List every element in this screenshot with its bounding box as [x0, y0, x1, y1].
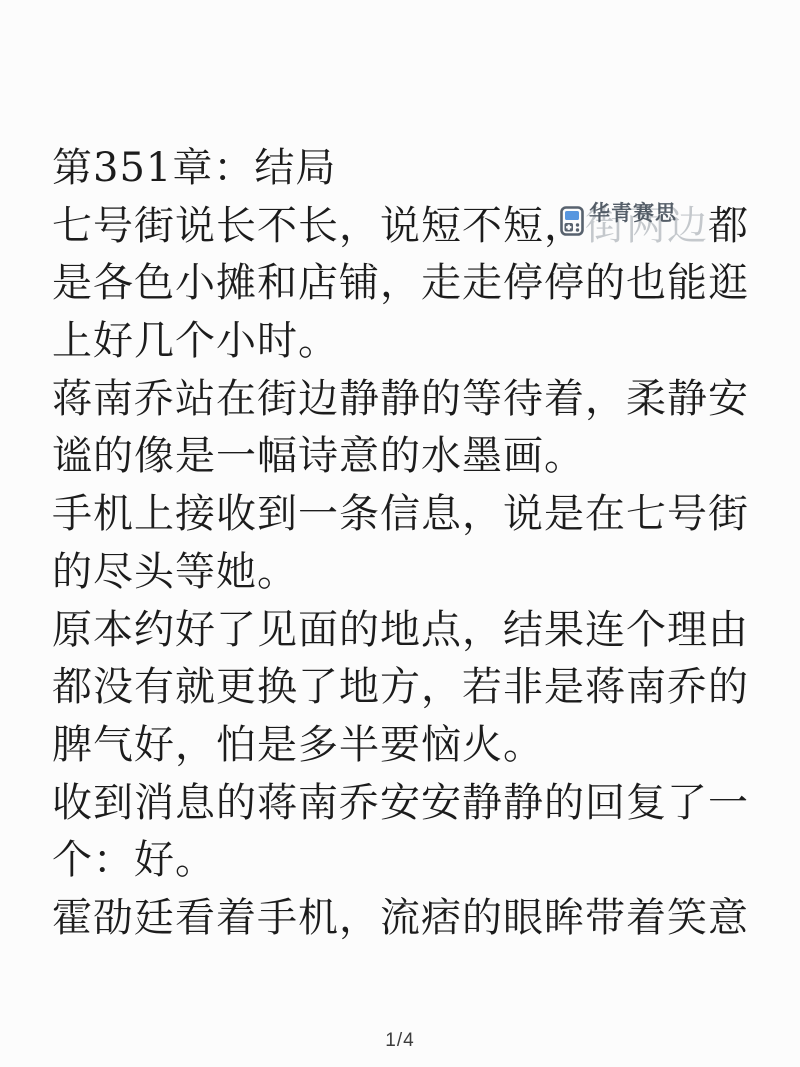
text-line: 谧的像是一幅诗意的水墨画。	[52, 428, 758, 486]
text-line: 都没有就更换了地方，若非是蒋南乔的	[52, 659, 758, 717]
watermark-text: 华青赛思	[589, 202, 677, 226]
text-line: 原本约好了见面的地点，结果连个理由	[52, 602, 758, 660]
text-line: 蒋南乔站在街边静静的等待着，柔静安	[52, 371, 758, 429]
text-line: 上好几个小时。	[52, 313, 758, 371]
text-line: 是各色小摊和店铺，走走停停的也能逛	[52, 255, 758, 313]
text-line: 手机上接收到一条信息，说是在七号街	[52, 486, 758, 544]
reader-page[interactable]: 第351章：结局 七号街说长不长，说短不短，街两边都 是各色小摊和店铺，走走停停…	[0, 0, 800, 1067]
text-line: 的尽头等她。	[52, 544, 758, 602]
text-line: 霍劭廷看着手机，流痞的眼眸带着笑意	[52, 890, 758, 948]
page-indicator: 1/4	[0, 1030, 800, 1052]
text-line-segment: 七号街说长不长，说短不短，	[52, 203, 585, 249]
text-line-segment: 都	[708, 203, 749, 249]
text-line: 个：好。	[52, 832, 758, 890]
game-console-icon	[560, 206, 584, 236]
chapter-title: 第351章：结局	[52, 140, 758, 198]
text-line: 收到消息的蒋南乔安安静静的回复了一	[52, 775, 758, 833]
chapter-content: 第351章：结局 七号街说长不长，说短不短，街两边都 是各色小摊和店铺，走走停停…	[52, 140, 758, 948]
watermark: 华青赛思	[560, 202, 677, 236]
text-line: 脾气好，怕是多半要恼火。	[52, 717, 758, 775]
